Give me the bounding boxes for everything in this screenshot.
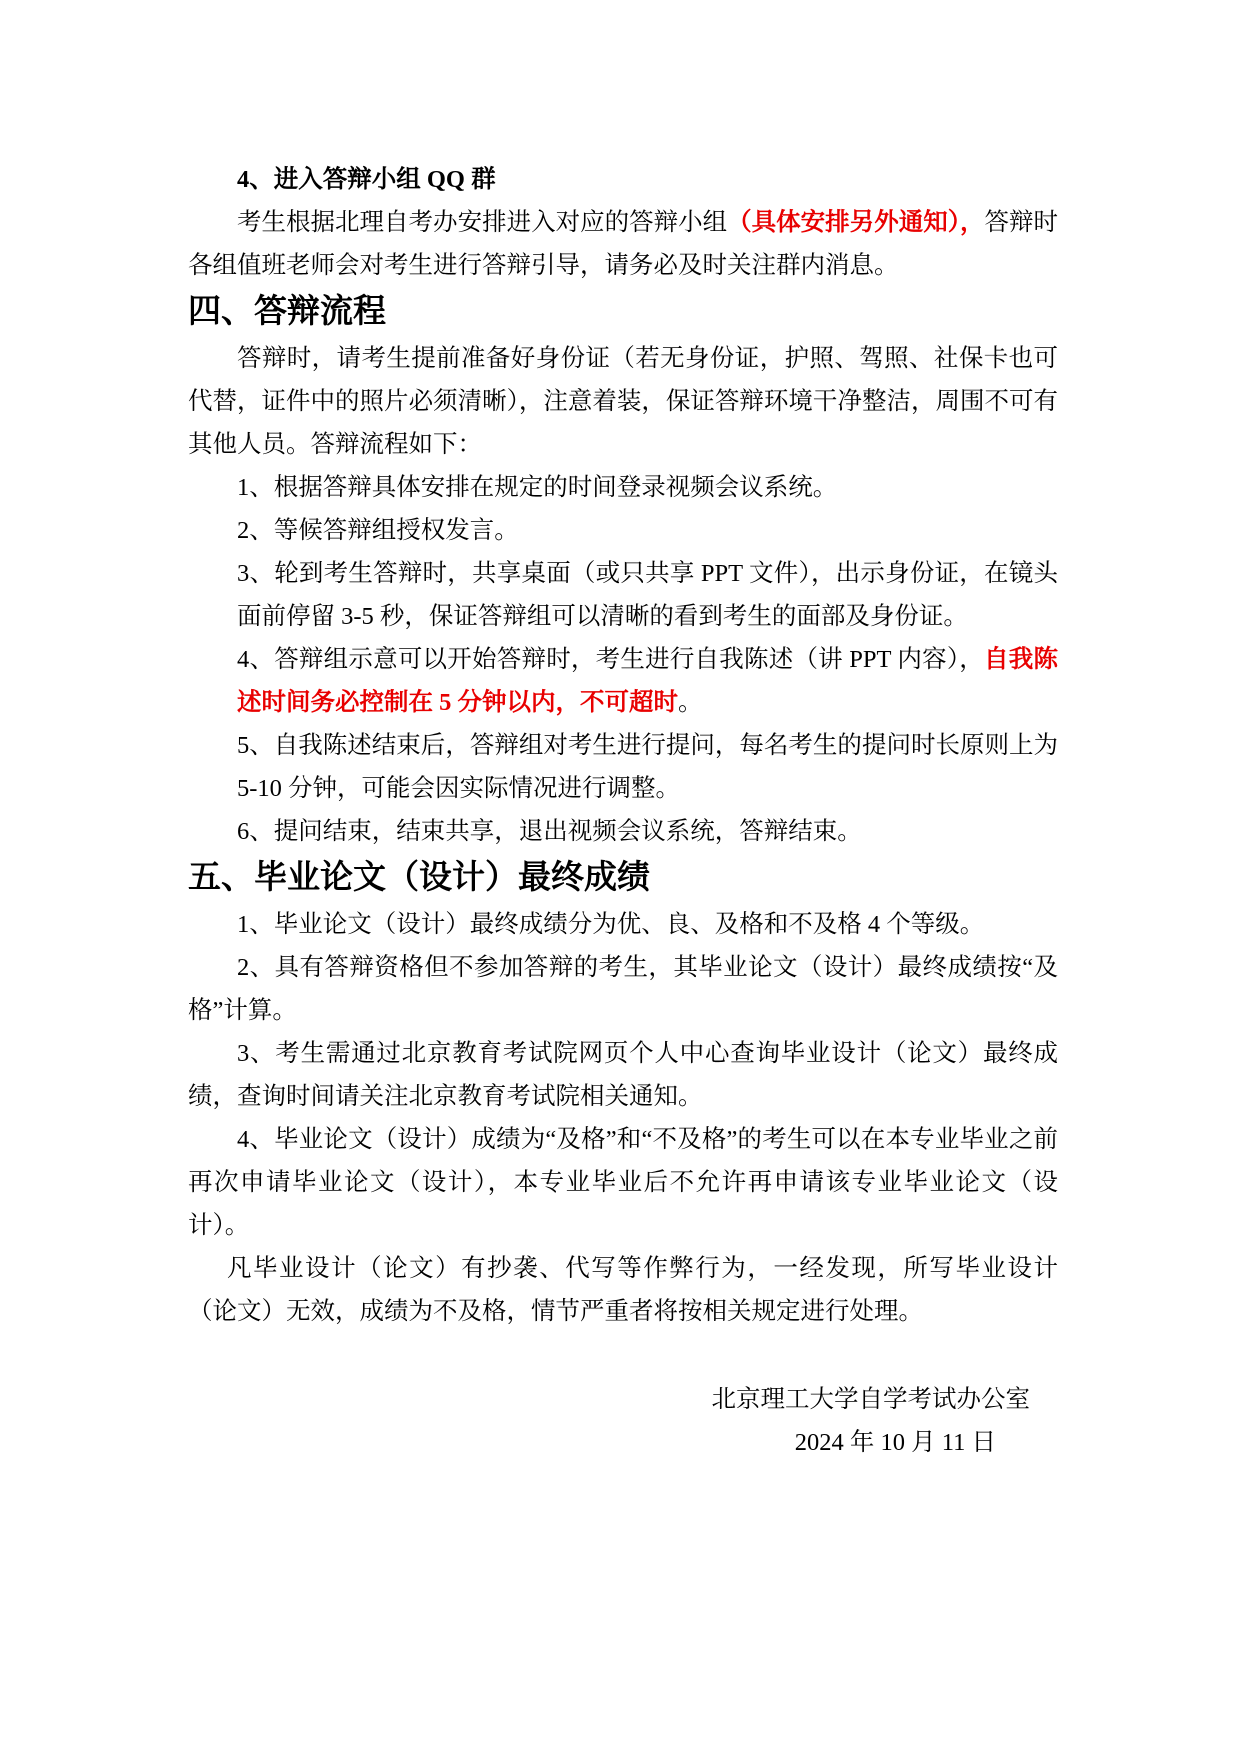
text-run: 五、毕业论文（设计）最终成绩 — [188, 860, 650, 896]
text-run: 考生根据北理自考办安排进入对应的答辩小组 — [237, 209, 727, 236]
list-item-step-6: 6、提问结束，结束共享，退出视频会议系统，答辩结束。 — [237, 810, 1058, 853]
text-run: 。 — [678, 689, 703, 716]
text-run: 1、根据答辩具体安排在规定的时间登录视频会议系统。 — [237, 474, 837, 501]
section-heading-5-final-grade: 五、毕业论文（设计）最终成绩 — [188, 853, 1058, 903]
text-run: （具体安排另外通知）， — [727, 209, 984, 236]
paragraph-plagiarism-warning: 凡毕业设计（论文）有抄袭、代写等作弊行为，一经发现，所写毕业设计（论文）无效，成… — [188, 1247, 1058, 1333]
paragraph-grade-4: 4、毕业论文（设计）成绩为“及格”和“不及格”的考生可以在本专业毕业之前再次申请… — [188, 1118, 1058, 1247]
text-run: 3、考生需通过北京教育考试院网页个人中心查询毕业设计（论文）最终成绩，查询时间请… — [188, 1040, 1058, 1110]
text-run: 5、自我陈述结束后，答辩组对考生进行提问，每名考生的提问时长原则上为 5-10 … — [237, 732, 1058, 802]
paragraph-grade-3: 3、考生需通过北京教育考试院网页个人中心查询毕业设计（论文）最终成绩，查询时间请… — [188, 1032, 1058, 1118]
paragraph-grade-2: 2、具有答辩资格但不参加答辩的考生，其毕业论文（设计）最终成绩按“及格”计算。 — [188, 946, 1058, 1032]
text-run: 四、答辩流程 — [188, 294, 386, 330]
signature-org: 北京理工大学自学考试办公室 — [188, 1378, 1058, 1421]
list-item-step-1: 1、根据答辩具体安排在规定的时间登录视频会议系统。 — [237, 466, 1058, 509]
text-run: 4、答辩组示意可以开始答辩时，考生进行自我陈述（讲 PPT 内容）， — [237, 646, 984, 673]
item-heading-qq-group: 4、进入答辩小组 QQ 群 — [188, 158, 1058, 201]
paragraph-qq-group-detail: 考生根据北理自考办安排进入对应的答辩小组（具体安排另外通知），答辩时各组值班老师… — [188, 201, 1058, 287]
text-run: 6、提问结束，结束共享，退出视频会议系统，答辩结束。 — [237, 818, 862, 845]
text-run: 2、具有答辩资格但不参加答辩的考生，其毕业论文（设计）最终成绩按“及格”计算。 — [188, 954, 1058, 1024]
paragraph-defense-preparation: 答辩时，请考生提前准备好身份证（若无身份证，护照、驾照、社保卡也可代替，证件中的… — [188, 337, 1058, 466]
text-run: 1、毕业论文（设计）最终成绩分为优、良、及格和不及格 4 个等级。 — [237, 911, 984, 938]
list-item-step-3: 3、轮到考生答辩时，共享桌面（或只共享 PPT 文件），出示身份证，在镜头面前停… — [237, 552, 1058, 638]
text-run: 4、毕业论文（设计）成绩为“及格”和“不及格”的考生可以在本专业毕业之前再次申请… — [188, 1126, 1058, 1239]
text-run: 2、等候答辩组授权发言。 — [237, 517, 519, 544]
signature-date: 2024 年 10 月 11 日 — [188, 1421, 1058, 1464]
signature-block: 北京理工大学自学考试办公室 2024 年 10 月 11 日 — [188, 1378, 1058, 1464]
list-item-step-4: 4、答辩组示意可以开始答辩时，考生进行自我陈述（讲 PPT 内容），自我陈述时间… — [237, 638, 1058, 724]
section-heading-4-defense-process: 四、答辩流程 — [188, 287, 1058, 337]
text-run: 4、进入答辩小组 QQ 群 — [237, 166, 496, 193]
text-run: 凡毕业设计（论文）有抄袭、代写等作弊行为，一经发现，所写毕业设计（论文）无效，成… — [188, 1255, 1058, 1325]
text-run: 答辩时，请考生提前准备好身份证（若无身份证，护照、驾照、社保卡也可代替，证件中的… — [188, 345, 1058, 458]
text-run: 3、轮到考生答辩时，共享桌面（或只共享 PPT 文件），出示身份证，在镜头面前停… — [237, 560, 1058, 630]
list-item-step-5: 5、自我陈述结束后，答辩组对考生进行提问，每名考生的提问时长原则上为 5-10 … — [237, 724, 1058, 810]
paragraph-grade-1: 1、毕业论文（设计）最终成绩分为优、良、及格和不及格 4 个等级。 — [188, 903, 1058, 946]
list-item-step-2: 2、等候答辩组授权发言。 — [237, 509, 1058, 552]
document-page: 4、进入答辩小组 QQ 群考生根据北理自考办安排进入对应的答辩小组（具体安排另外… — [0, 0, 1241, 1754]
document-body: 4、进入答辩小组 QQ 群考生根据北理自考办安排进入对应的答辩小组（具体安排另外… — [188, 158, 1058, 1333]
